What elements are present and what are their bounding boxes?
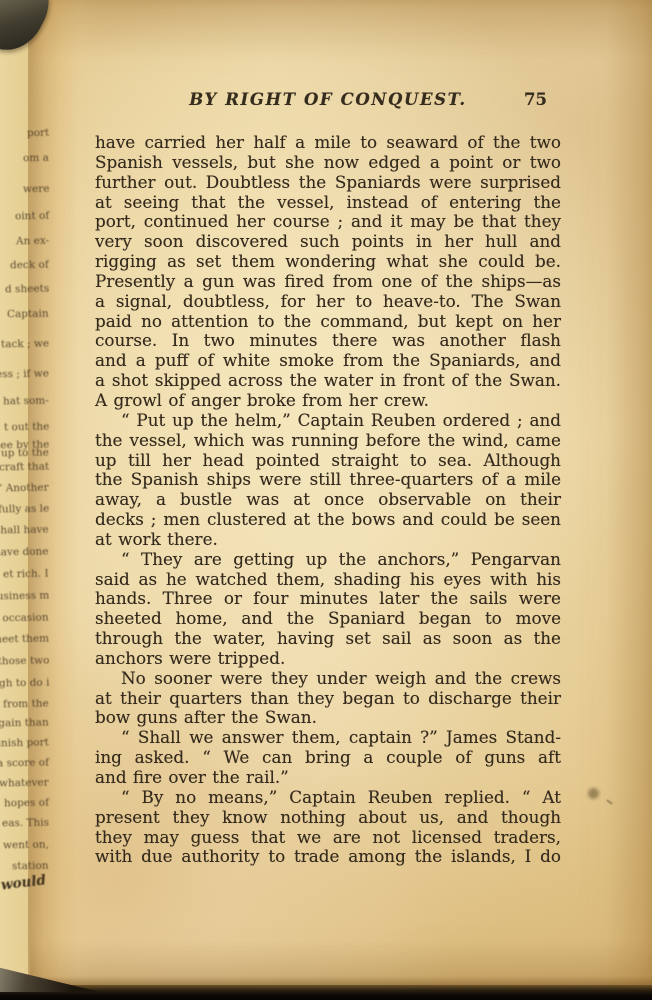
book-page-scan: portom awereoint ofAn ex-deck ofd sheets… [0, 0, 652, 1000]
bleed-text-fragment: ess ; if we [0, 369, 49, 381]
bleed-text-fragment: meet them [0, 634, 49, 646]
bleed-text-fragment: Captain [7, 309, 49, 321]
bleed-text-fragment: see by the [0, 440, 49, 452]
bleed-text-fragment: no occasion [0, 612, 49, 624]
bleed-text-fragment: eas. This [2, 818, 49, 830]
text-line: Spanish vessels, but she now edged a poi… [95, 153, 561, 173]
text-line: decks ; men clustered at the bows and co… [95, 510, 561, 530]
text-line: the vessel, which was running before the… [95, 431, 561, 451]
text-line: present they know nothing about us, and … [95, 808, 561, 828]
paper-blemish-spot [588, 788, 599, 799]
bleed-text-fragment: t out the [4, 422, 50, 434]
text-line: a shot skipped across the water in front… [95, 371, 561, 391]
bleed-text-fragment: were [22, 184, 49, 195]
bleed-text-fragment: went on, [3, 840, 49, 852]
bleed-text-fragment: d sheets [5, 284, 49, 296]
bleed-text-fragment: shall have [0, 525, 49, 537]
page-block-bottom-edge [0, 985, 652, 1000]
text-line: the Spanish ships were still three-quart… [95, 470, 561, 490]
bleed-text-fragment: again than [0, 718, 49, 730]
text-line: paid no attention to the command, but ke… [95, 312, 561, 332]
text-line: have carried her half a mile to seaward … [95, 133, 561, 153]
text-line: and a puff of white smoke from the Spani… [95, 351, 561, 371]
text-line: up till her head pointed straight to sea… [95, 451, 561, 471]
text-line: “ Put up the helm,” Captain Reuben order… [95, 411, 561, 431]
bleed-text-fragment: hat som- [3, 396, 49, 408]
text-line: A growl of anger broke from her crew. [95, 391, 561, 411]
text-line: course. In two minutes there was another… [95, 331, 561, 351]
text-line: at their quarters than they began to dis… [95, 689, 561, 709]
text-line: rigging as set them wondering what she c… [95, 252, 561, 272]
running-header: BY RIGHT OF CONQUEST. 75 [95, 90, 561, 112]
text-line: a signal, doubtless, for her to heave-to… [95, 292, 561, 312]
text-line: anchors were tripped. [95, 649, 561, 669]
bleed-text-fragment: a score of [0, 758, 49, 770]
page-number: 75 [524, 90, 547, 109]
text-line: “ Shall we answer them, captain ?” James… [95, 728, 561, 748]
text-line: No sooner were they under weigh and the … [95, 669, 561, 689]
bleed-text-fragment: deck of [10, 260, 49, 272]
bleed-text-fragment: om a [23, 153, 49, 164]
bleed-text-fragment: tack ; we [1, 339, 49, 351]
text-line: very soon discovered such points in her … [95, 232, 561, 252]
text-line: and fire over the rail.” [95, 768, 561, 788]
text-line: said as he watched them, shading his eye… [95, 570, 561, 590]
text-line: ing asked. “ We can bring a couple of gu… [95, 748, 561, 768]
bleed-text-fragment: panish port [0, 737, 49, 749]
bleed-text-fragment: have done [0, 547, 49, 559]
text-line: further out. Doubtless the Spaniards wer… [95, 173, 561, 193]
text-line: at seeing that the vessel, instead of en… [95, 193, 561, 213]
bleed-text-fragment: port [27, 128, 49, 139]
bleed-text-fragment: k those two [0, 655, 49, 667]
text-line: “ By no means,” Captain Reuben replied. … [95, 788, 561, 808]
text-line: at work there. [95, 530, 561, 550]
text-line: through the water, having set sail as so… [95, 629, 561, 649]
bleed-text-fragment: ll from the [0, 699, 49, 711]
text-line: port, continued her course ; and it may … [95, 212, 561, 232]
bleed-text-fragment: et rich. I [3, 569, 49, 581]
page-content: BY RIGHT OF CONQUEST. 75 have carried he… [95, 90, 561, 867]
bleed-text-fragment: oint of [15, 211, 49, 223]
body-text: have carried her half a mile to seaward … [95, 133, 561, 867]
bleed-text-fragment: An ex- [16, 236, 49, 248]
margin-bleed-column: portom awereoint ofAn ex-deck ofd sheets… [0, 0, 56, 1000]
bleed-text-fragment: would [0, 875, 46, 891]
bleed-text-fragment: “ Another [0, 483, 49, 495]
bleed-text-fragment: station [12, 861, 49, 873]
text-line: hands. Three or four minutes later the s… [95, 589, 561, 609]
bleed-text-fragment: whatever [0, 778, 49, 790]
bleed-text-fragment: fully as le [0, 504, 49, 516]
bleed-text-fragment: craft that [0, 462, 49, 474]
text-line: “ They are getting up the anchors,” Peng… [95, 550, 561, 570]
bleed-text-fragment: business m [0, 590, 49, 602]
text-line: Presently a gun was fired from one of th… [95, 272, 561, 292]
bleed-text-fragment: gh to do i [0, 678, 49, 690]
text-line: bow guns after the Swan. [95, 708, 561, 728]
text-line: with due authority to trade among the is… [95, 847, 561, 867]
bleed-text-fragment: hopes of [4, 798, 49, 810]
text-line: sheeted home, and the Spaniard began to … [95, 609, 561, 629]
book-title-header: BY RIGHT OF CONQUEST. [189, 90, 466, 109]
text-line: they may guess that we are not licensed … [95, 828, 561, 848]
text-line: away, a bustle was at once observable on… [95, 490, 561, 510]
